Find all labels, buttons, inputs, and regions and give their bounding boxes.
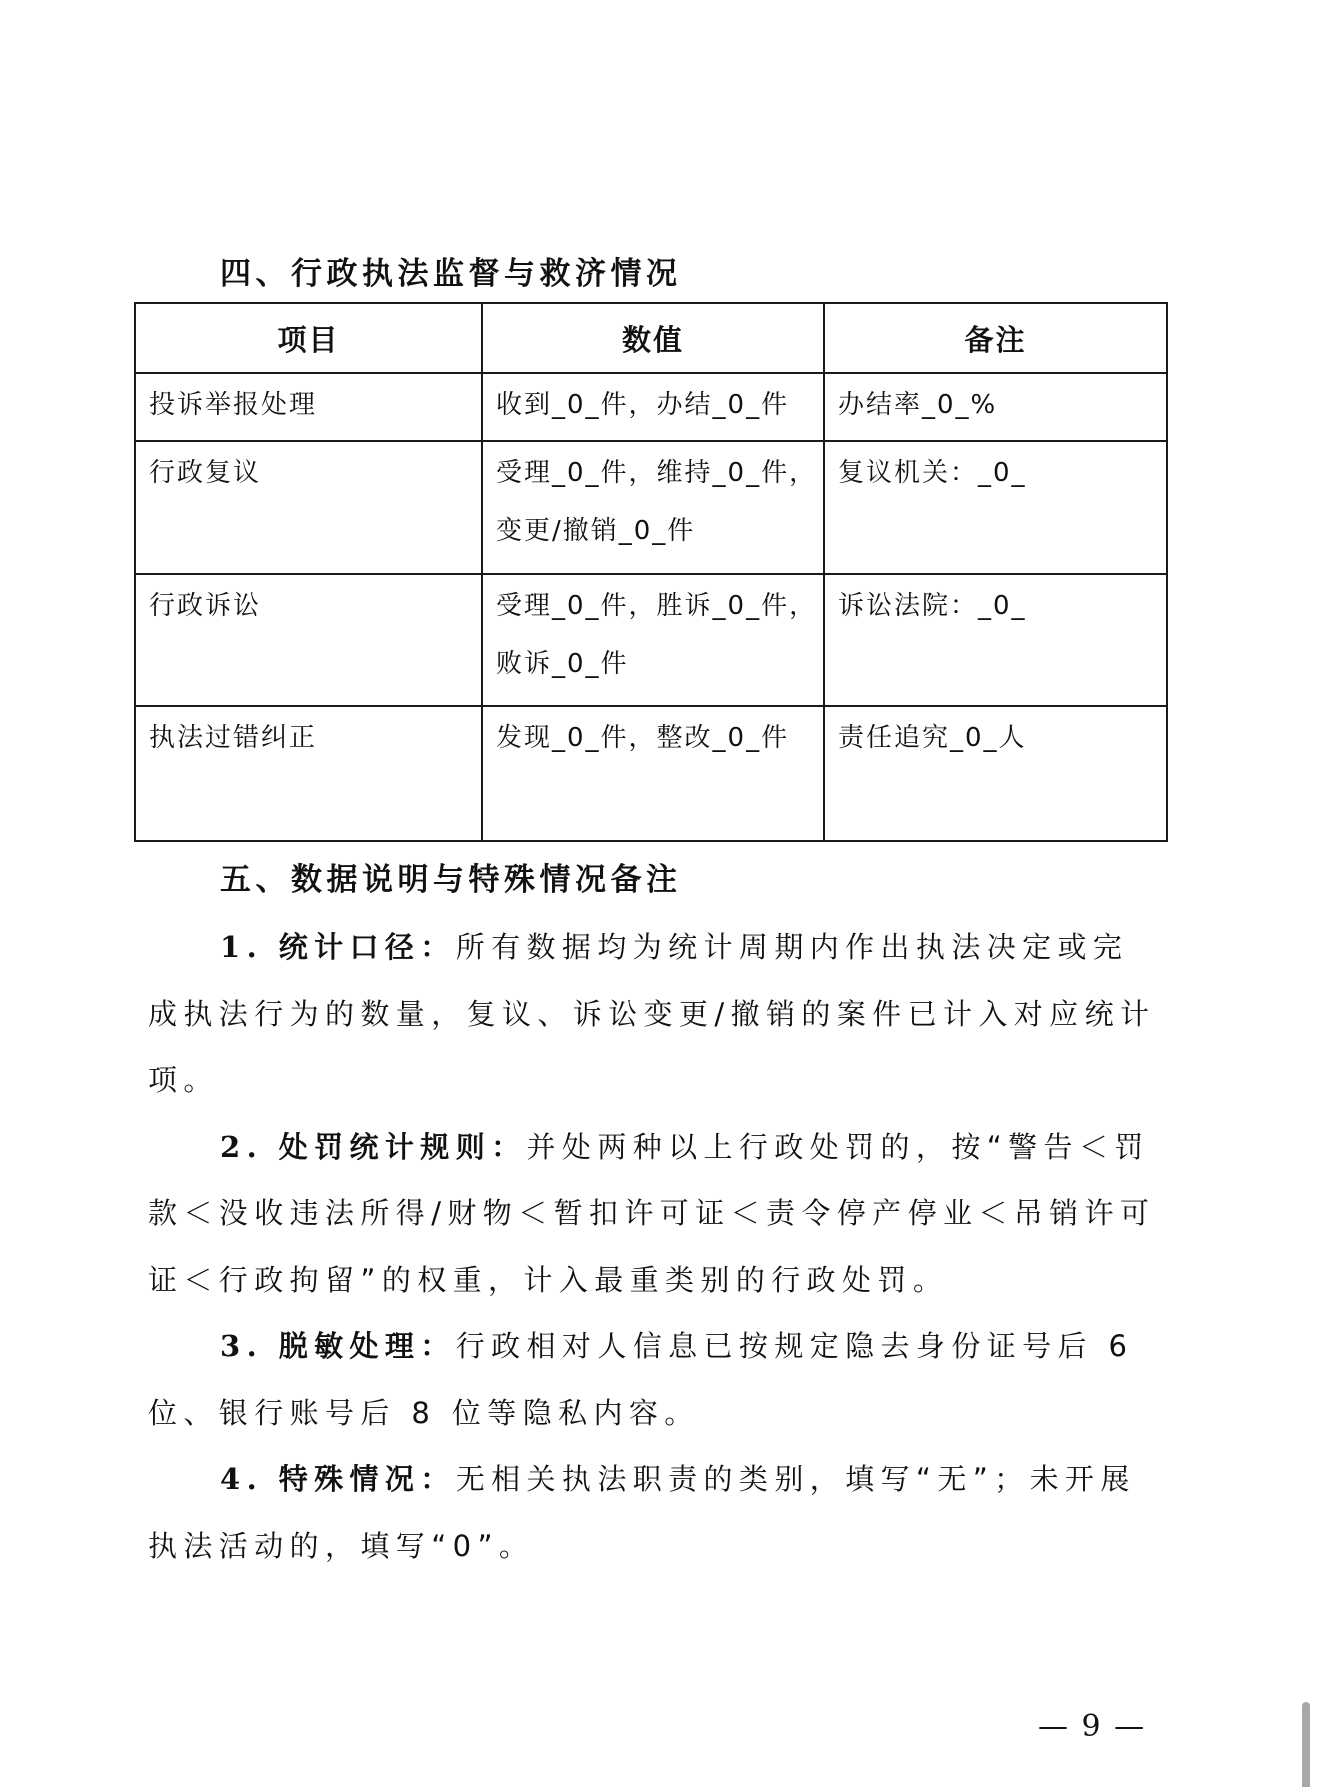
cell-value-line: 发现_0_件，整改_0_件 [496,709,823,767]
document-page: 四、行政执法监督与救济情况 项目 数值 备注 投诉举报处理 收到_0_件，办结_… [0,0,1320,1787]
cell-value-line: 受理_0_件，胜诉_0_件， [496,577,823,635]
cell-value: 受理_0_件，胜诉_0_件， 败诉_0_件 [482,574,824,706]
cell-item: 执法过错纠正 [135,706,482,841]
page-number: — 9 — [1038,1708,1146,1746]
column-header-value: 数值 [482,303,824,373]
note-number: 4. [220,1462,263,1496]
cell-note: 责任追究_0_人 [824,706,1167,841]
cell-note-text: 诉讼法院：_0_ [838,577,1166,635]
cell-note-text: 办结率_0_% [838,376,1166,434]
table-row: 行政诉讼 受理_0_件，胜诉_0_件， 败诉_0_件 诉讼法院：_0_ [135,574,1167,706]
note-title: 处罚统计规则： [279,1130,527,1164]
cell-note-text: 复议机关：_0_ [838,444,1166,502]
cell-item-text: 执法过错纠正 [149,709,481,767]
note-item-statistical-scope: 1. 统计口径：所有数据均为统计周期内作出执法决定或完成执法行为的数量，复议、诉… [148,914,1158,1114]
cell-value: 受理_0_件，维持_0_件， 变更/撤销_0_件 [482,441,824,574]
cell-note-text: 责任追究_0_人 [838,709,1166,767]
note-item-special-cases: 4. 特殊情况：无相关执法职责的类别，填写“无”；未开展执法活动的，填写“0”。 [148,1446,1158,1579]
section-heading-data-notes: 五、数据说明与特殊情况备注 [220,860,682,900]
note-item-desensitization: 3. 脱敏处理：行政相对人信息已按规定隐去身份证号后 6 位、银行账号后 8 位… [148,1313,1158,1446]
cell-item: 行政复议 [135,441,482,574]
table-row: 执法过错纠正 发现_0_件，整改_0_件 责任追究_0_人 [135,706,1167,841]
cell-item-text: 投诉举报处理 [149,376,481,434]
column-header-item: 项目 [135,303,482,373]
section-heading-supervision: 四、行政执法监督与救济情况 [220,254,682,294]
note-title: 特殊情况： [279,1462,456,1496]
data-notes-list: 1. 统计口径：所有数据均为统计周期内作出执法决定或完成执法行为的数量，复议、诉… [148,914,1158,1579]
note-number: 2. [220,1130,263,1164]
cell-value: 发现_0_件，整改_0_件 [482,706,824,841]
cell-value: 收到_0_件，办结_0_件 [482,373,824,441]
cell-note: 诉讼法院：_0_ [824,574,1167,706]
supervision-remedy-table: 项目 数值 备注 投诉举报处理 收到_0_件，办结_0_件 办结率_0_% 行政… [134,302,1168,842]
cell-value-line: 败诉_0_件 [496,635,823,693]
note-item-penalty-rules: 2. 处罚统计规则：并处两种以上行政处罚的，按“警告＜罚款＜没收违法所得/财物＜… [148,1114,1158,1314]
cell-value-line: 受理_0_件，维持_0_件， [496,444,823,502]
cell-item: 行政诉讼 [135,574,482,706]
cell-value-line: 变更/撤销_0_件 [496,502,823,560]
column-header-note: 备注 [824,303,1167,373]
note-title: 统计口径： [279,930,456,964]
scrollbar-thumb[interactable] [1302,1702,1310,1787]
cell-value-line: 收到_0_件，办结_0_件 [496,376,823,434]
cell-item: 投诉举报处理 [135,373,482,441]
cell-note: 办结率_0_% [824,373,1167,441]
note-number: 1. [220,930,263,964]
table-row: 投诉举报处理 收到_0_件，办结_0_件 办结率_0_% [135,373,1167,441]
table-row: 行政复议 受理_0_件，维持_0_件， 变更/撤销_0_件 复议机关：_0_ [135,441,1167,574]
cell-note: 复议机关：_0_ [824,441,1167,574]
note-title: 脱敏处理： [279,1329,456,1363]
note-number: 3. [220,1329,263,1363]
table-header-row: 项目 数值 备注 [135,303,1167,373]
cell-item-text: 行政复议 [149,444,481,502]
cell-item-text: 行政诉讼 [149,577,481,635]
